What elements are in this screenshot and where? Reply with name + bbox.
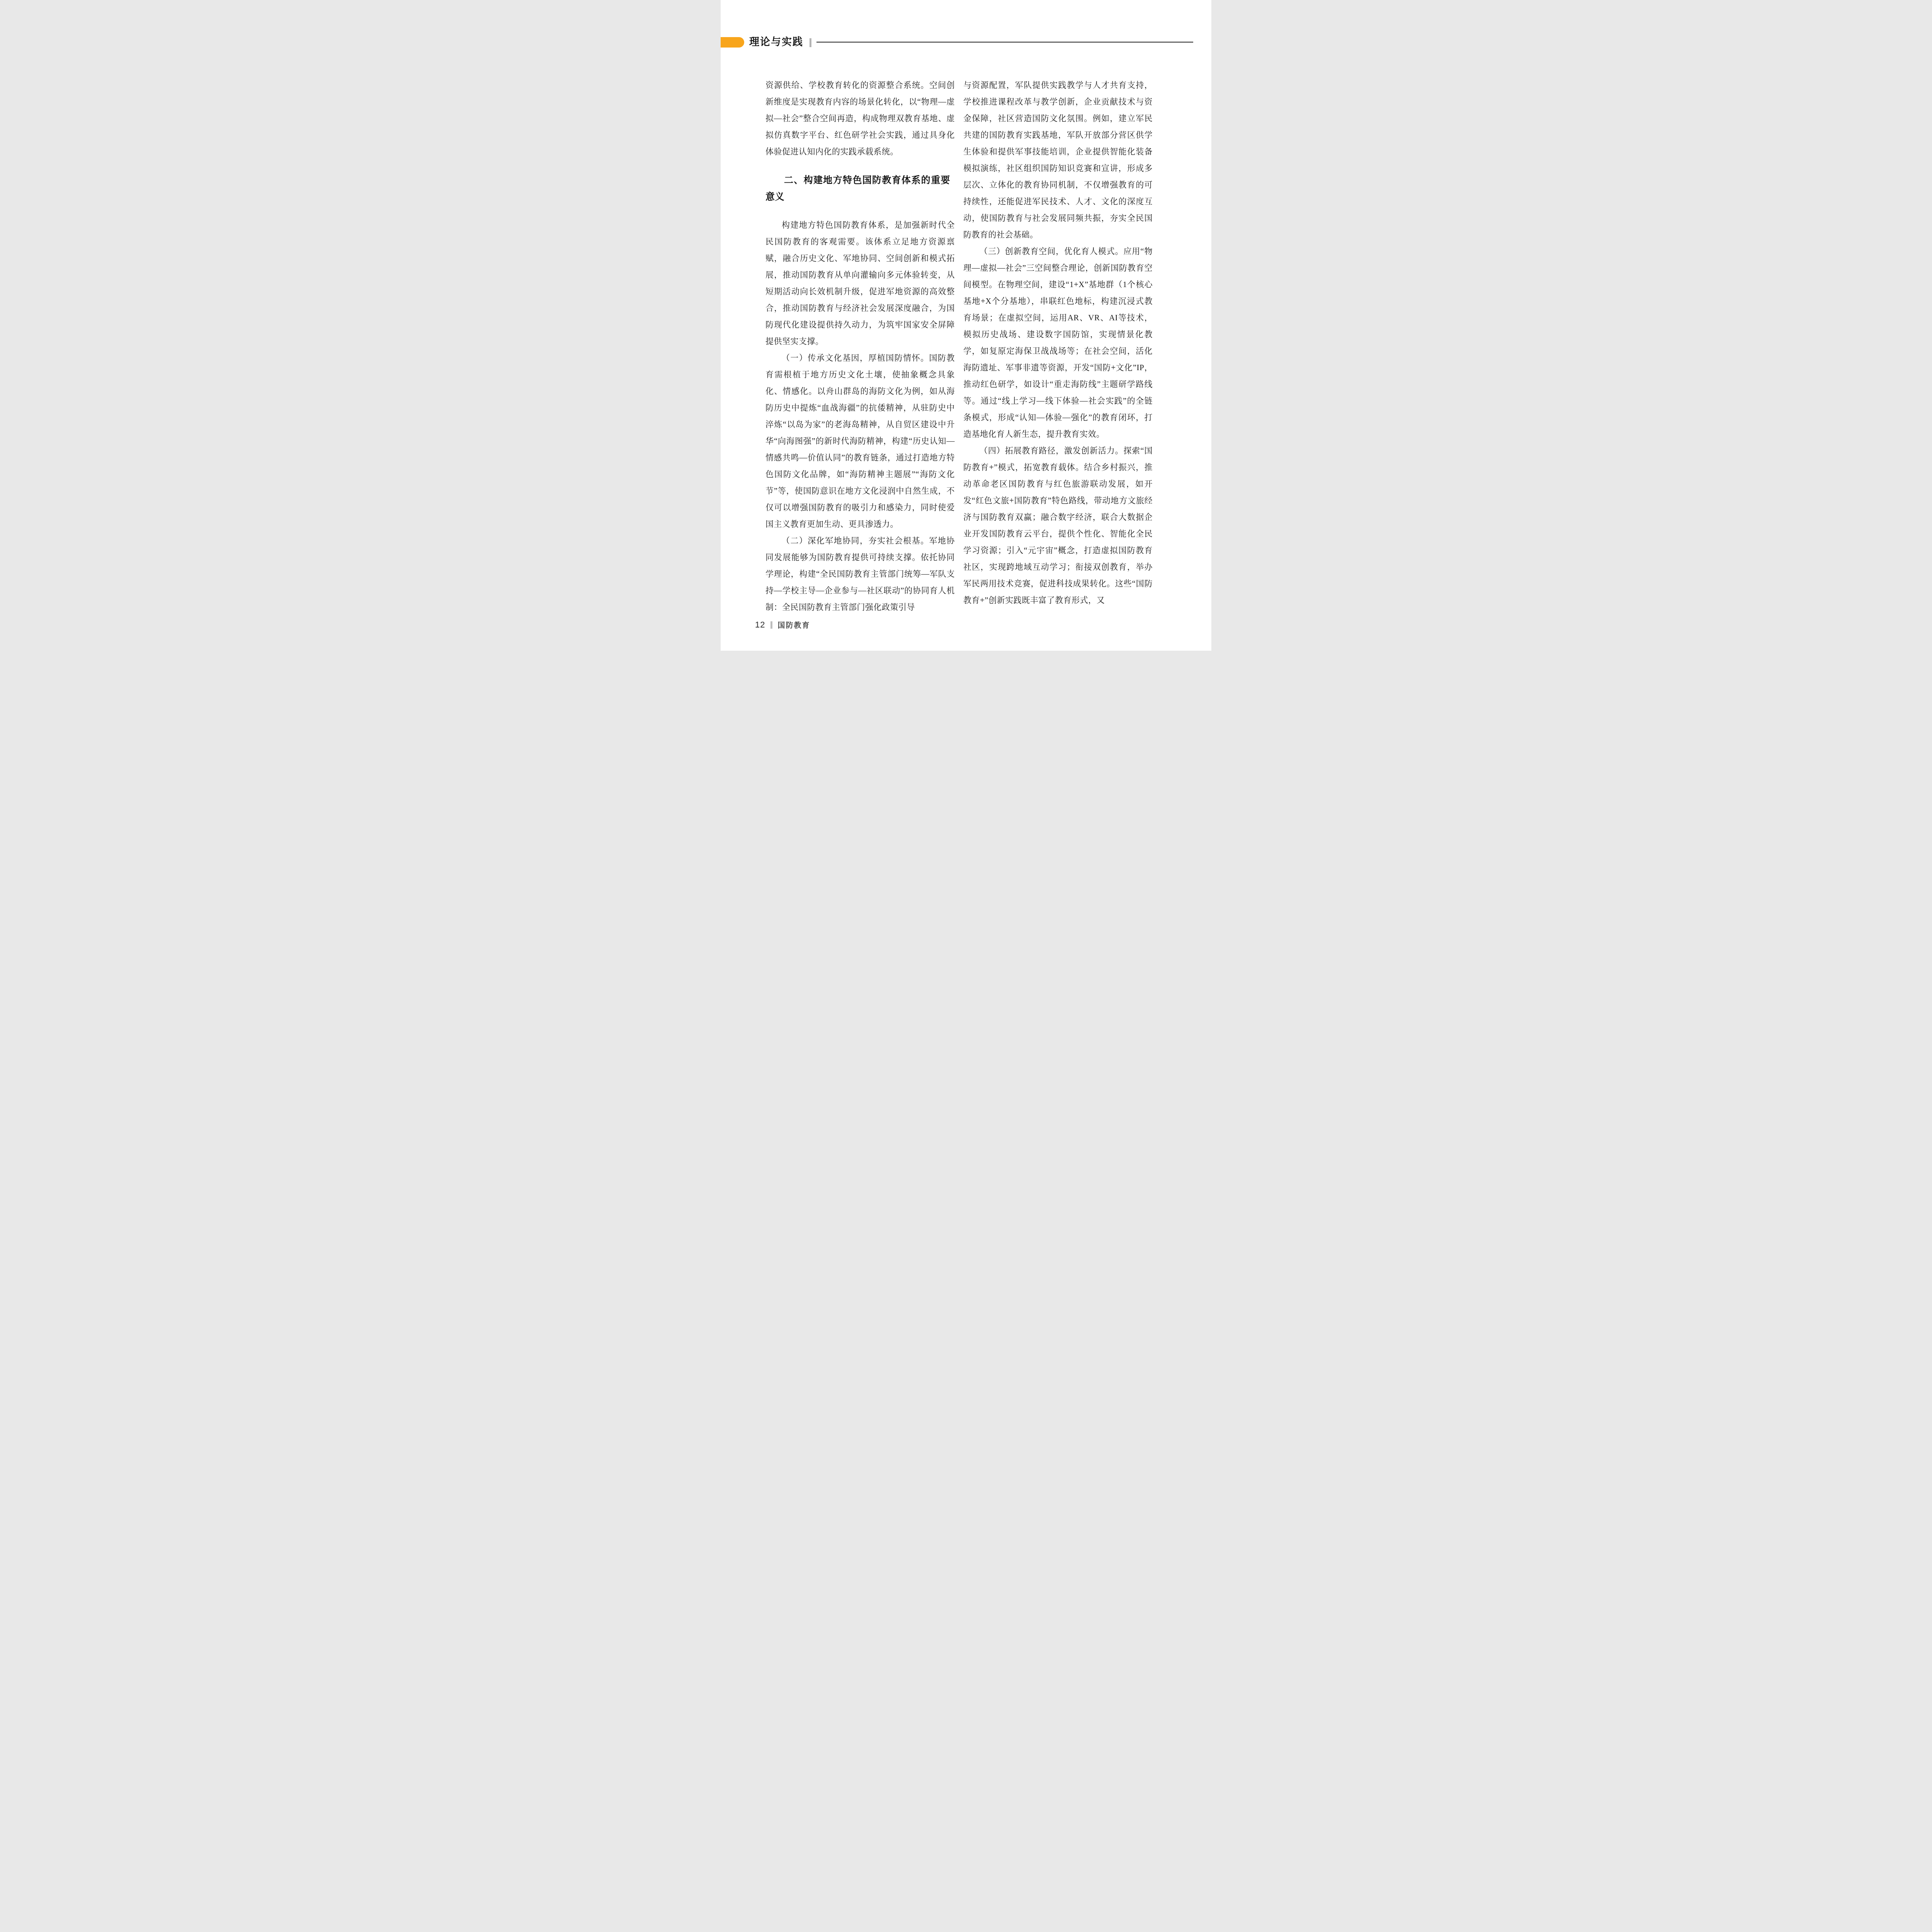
section-heading: 二、构建地方特色国防教育体系的重要意义	[765, 172, 950, 205]
article-column-left: 资源供给、学校教育转化的资源整合系统。空间创新维度是实现教育内容的场景化转化，以…	[765, 77, 955, 616]
body-paragraph: （三）创新教育空间，优化育人模式。应用“物理—虚拟—社会”三空间整合理论，创新国…	[963, 243, 1153, 442]
journal-name: 国防教育	[777, 620, 810, 630]
body-paragraph: 资源供给、学校教育转化的资源整合系统。空间创新维度是实现教育内容的场景化转化，以…	[765, 77, 955, 160]
body-paragraph: 与资源配置，军队提供实践教学与人才共育支持，学校推进课程改革与教学创新，企业贡献…	[963, 77, 1153, 243]
body-paragraph: （二）深化军地协同，夯实社会根基。军地协同发展能够为国防教育提供可持续支撑。依托…	[765, 532, 955, 616]
page-number: 12	[755, 620, 765, 630]
header-rule	[816, 42, 1193, 43]
footer-divider-bar	[770, 621, 772, 629]
article-column-right: 与资源配置，军队提供实践教学与人才共育支持，学校推进课程改革与教学创新，企业贡献…	[963, 77, 1153, 609]
section-title: 理论与实践	[749, 34, 803, 49]
journal-page: 理论与实践 资源供给、学校教育转化的资源整合系统。空间创新维度是实现教育内容的场…	[721, 0, 1211, 651]
section-badge	[721, 37, 744, 48]
page-footer: 12 国防教育	[755, 620, 810, 630]
body-paragraph: （四）拓展教育路径，激发创新活力。探索“国防教育+”模式，拓宽教育载体。结合乡村…	[963, 442, 1153, 609]
body-paragraph: 构建地方特色国防教育体系，是加强新时代全民国防教育的客观需要。该体系立足地方资源…	[765, 217, 955, 350]
section-divider-bar	[810, 38, 811, 47]
body-paragraph: （一）传承文化基因，厚植国防情怀。国防教育需根植于地方历史文化土壤，使抽象概念具…	[765, 350, 955, 532]
